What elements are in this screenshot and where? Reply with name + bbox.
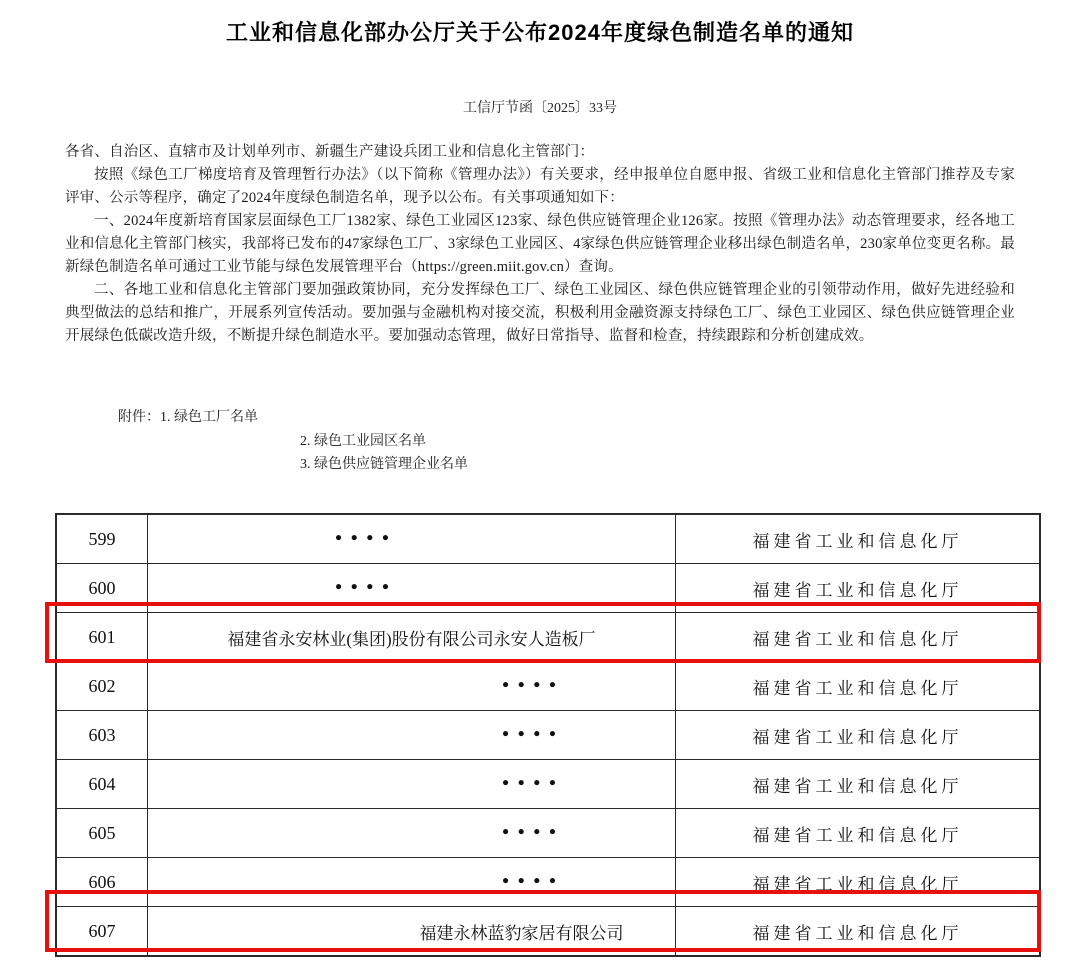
table-row: 603 •••• 福建省工业和信息化厅 <box>56 711 1040 760</box>
cell-company: •••• <box>148 514 676 564</box>
cell-seq: 606 <box>56 858 148 907</box>
paragraph-item-two: 二、各地工业和信息化主管部门要加强政策协同，充分发挥绿色工厂、绿色工业园区、绿色… <box>65 279 1015 348</box>
cell-seq: 604 <box>56 760 148 809</box>
document-page: 工业和信息化部办公厅关于公布2024年度绿色制造名单的通知 工信厅节函〔2025… <box>0 0 1080 976</box>
cell-company: •••• <box>148 760 676 809</box>
cell-company: •••• <box>148 711 676 760</box>
cell-department: 福建省工业和信息化厅 <box>676 907 1041 957</box>
cell-seq: 599 <box>56 514 148 564</box>
cell-department: 福建省工业和信息化厅 <box>676 662 1041 711</box>
placeholder-dots: •••• <box>502 711 565 759</box>
table-row-highlighted: 601 福建省永安林业(集团)股份有限公司永安人造板厂 福建省工业和信息化厅 <box>56 613 1040 662</box>
placeholder-dots: •••• <box>335 564 398 612</box>
attachment-item-1: 附件：1. 绿色工厂名单 <box>118 406 818 430</box>
placeholder-dots: •••• <box>502 858 565 906</box>
paragraph-intro: 按照《绿色工厂梯度培育及管理暂行办法》（以下简称《管理办法》）有关要求，经申报单… <box>65 164 1015 210</box>
table-row-highlighted: 607 福建永林蓝豹家居有限公司 福建省工业和信息化厅 <box>56 907 1040 957</box>
cell-seq: 600 <box>56 564 148 613</box>
cell-seq: 605 <box>56 809 148 858</box>
cell-seq: 607 <box>56 907 148 957</box>
placeholder-dots: •••• <box>502 809 565 857</box>
cell-seq: 603 <box>56 711 148 760</box>
table-row: 605 •••• 福建省工业和信息化厅 <box>56 809 1040 858</box>
placeholder-dots: •••• <box>335 515 398 563</box>
cell-company: •••• <box>148 662 676 711</box>
attachments-list: 附件：1. 绿色工厂名单 2. 绿色工业园区名单 3. 绿色供应链管理企业名单 <box>118 406 818 477</box>
placeholder-dots: •••• <box>502 662 565 710</box>
cell-department: 福建省工业和信息化厅 <box>676 711 1041 760</box>
green-factory-table-wrap: 599 •••• 福建省工业和信息化厅 600 •••• 福建省工业和信息化厅 … <box>55 513 1035 957</box>
attachment-item-2: 2. 绿色工业园区名单 <box>300 430 818 454</box>
placeholder-dots: •••• <box>502 760 565 808</box>
green-factory-table: 599 •••• 福建省工业和信息化厅 600 •••• 福建省工业和信息化厅 … <box>55 513 1041 957</box>
table-row: 602 •••• 福建省工业和信息化厅 <box>56 662 1040 711</box>
paragraph-item-one: 一、2024年度新培育国家层面绿色工厂1382家、绿色工业园区123家、绿色供应… <box>65 210 1015 279</box>
cell-department: 福建省工业和信息化厅 <box>676 613 1041 662</box>
cell-seq: 601 <box>56 613 148 662</box>
company-name: 福建永林蓝豹家居有限公司 <box>420 919 624 944</box>
document-title: 工业和信息化部办公厅关于公布2024年度绿色制造名单的通知 <box>0 16 1080 47</box>
cell-department: 福建省工业和信息化厅 <box>676 514 1041 564</box>
table-row: 606 •••• 福建省工业和信息化厅 <box>56 858 1040 907</box>
table-row: 600 •••• 福建省工业和信息化厅 <box>56 564 1040 613</box>
table-row: 604 •••• 福建省工业和信息化厅 <box>56 760 1040 809</box>
document-body: 各省、自治区、直辖市及计划单列市、新疆生产建设兵团工业和信息化主管部门： 按照《… <box>65 141 1015 348</box>
cell-department: 福建省工业和信息化厅 <box>676 858 1041 907</box>
cell-seq: 602 <box>56 662 148 711</box>
cell-company: •••• <box>148 564 676 613</box>
cell-company: 福建永林蓝豹家居有限公司 <box>148 907 676 957</box>
attachment-item-3: 3. 绿色供应链管理企业名单 <box>300 453 818 477</box>
salutation-line: 各省、自治区、直辖市及计划单列市、新疆生产建设兵团工业和信息化主管部门： <box>65 141 1015 164</box>
cell-department: 福建省工业和信息化厅 <box>676 809 1041 858</box>
cell-company: 福建省永安林业(集团)股份有限公司永安人造板厂 <box>148 613 676 662</box>
document-number: 工信厅节函〔2025〕33号 <box>0 97 1080 117</box>
table-row: 599 •••• 福建省工业和信息化厅 <box>56 514 1040 564</box>
cell-department: 福建省工业和信息化厅 <box>676 564 1041 613</box>
cell-company: •••• <box>148 858 676 907</box>
cell-company: •••• <box>148 809 676 858</box>
cell-department: 福建省工业和信息化厅 <box>676 760 1041 809</box>
